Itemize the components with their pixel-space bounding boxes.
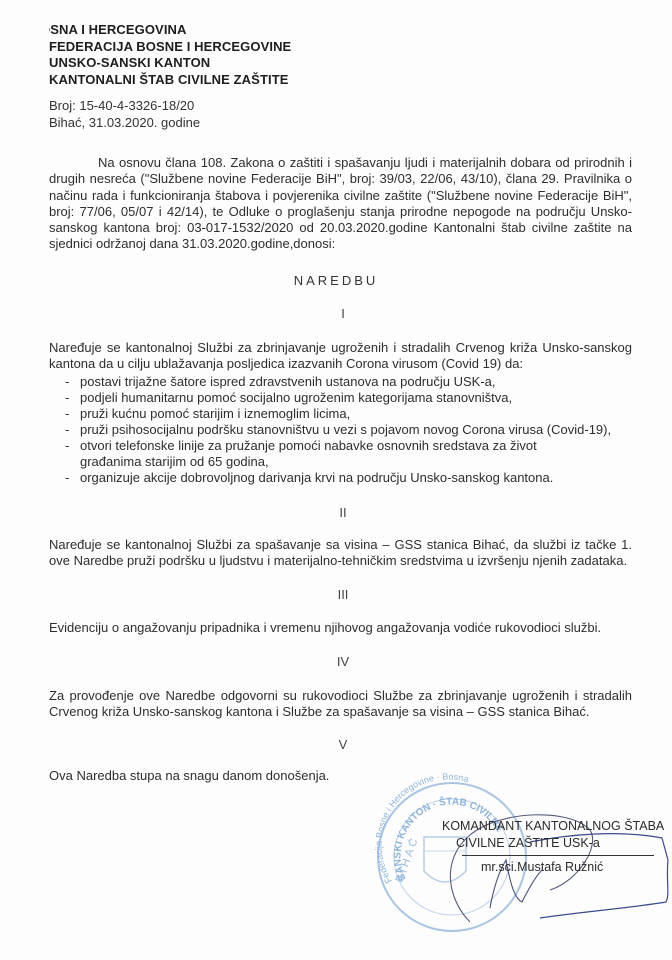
section-numeral: III	[0, 587, 672, 602]
list-item: -organizuje akcije dobrovoljnog darivanj…	[49, 470, 632, 486]
signatory-role-2: CIVILNE ZAŠTITE USK-a	[456, 835, 600, 852]
signature-line	[462, 855, 654, 856]
document-title: NAREDBU	[0, 273, 672, 288]
section-numeral: I	[0, 306, 672, 321]
document-page: OSNA I HERCEGOVINA FEDERACIJA BOSNE I HE…	[0, 0, 672, 960]
bullet: -	[65, 470, 69, 486]
bullet: -	[65, 374, 69, 390]
section-5-text: Ova Naredba stupa na snagu danom donošen…	[49, 768, 632, 784]
section-numeral: II	[0, 505, 672, 520]
section-2-text: Naređuje se kantonalnoj Službi za spašav…	[49, 537, 632, 569]
list-item: -pruži kućnu pomoć starijim i iznemoglim…	[49, 406, 632, 422]
header-line: KANTONALNI ŠTAB CIVILNE ZAŠTITE	[49, 72, 291, 89]
header-line: UNSKO-SANSKI KANTON	[49, 55, 291, 72]
section-3-text: Evidenciju o angažovanju pripadnika i vr…	[49, 620, 632, 636]
header-line: FEDERACIJA BOSNE I HERCEGOVINE	[49, 39, 291, 56]
list-item: -podjeli humanitarnu pomoć socijalno ugr…	[49, 390, 632, 406]
bullet: -	[65, 390, 69, 406]
signatory-name: mr.sci.Mustafa Ružnić	[481, 859, 603, 876]
preamble: Na osnovu člana 108. Zakona o zaštiti i …	[49, 155, 632, 253]
bullet: -	[65, 406, 69, 422]
signatory-role: KOMANDANT KANTONALNOG ŠTABA	[442, 818, 664, 835]
header-line: OSNA I HERCEGOVINA	[40, 22, 291, 39]
section-4-text: Za provođenje ove Naredbe odgovorni su r…	[49, 688, 632, 720]
bullet: -	[65, 438, 69, 454]
bullet: -	[65, 422, 69, 438]
section-numeral: IV	[0, 654, 672, 669]
document-number: Broj: 15-40-4-3326-18/20	[49, 98, 200, 115]
list-item: -otvori telefonske linije za pružanje po…	[49, 438, 632, 470]
issuer-header: OSNA I HERCEGOVINA FEDERACIJA BOSNE I HE…	[49, 22, 291, 88]
list-item: -postavi trijažne šatore ispred zdravstv…	[49, 374, 632, 390]
list-item: -pruži psihosocijalnu podršku stanovništ…	[49, 422, 632, 438]
section-numeral: V	[0, 737, 672, 752]
place-date: Bihać, 31.03.2020. godine	[49, 115, 200, 132]
document-meta: Broj: 15-40-4-3326-18/20 Bihać, 31.03.20…	[49, 98, 200, 131]
section-1-list: -postavi trijažne šatore ispred zdravstv…	[49, 374, 632, 486]
section-1-text: Naređuje se kantonalnoj Službi za zbrinj…	[49, 340, 632, 372]
